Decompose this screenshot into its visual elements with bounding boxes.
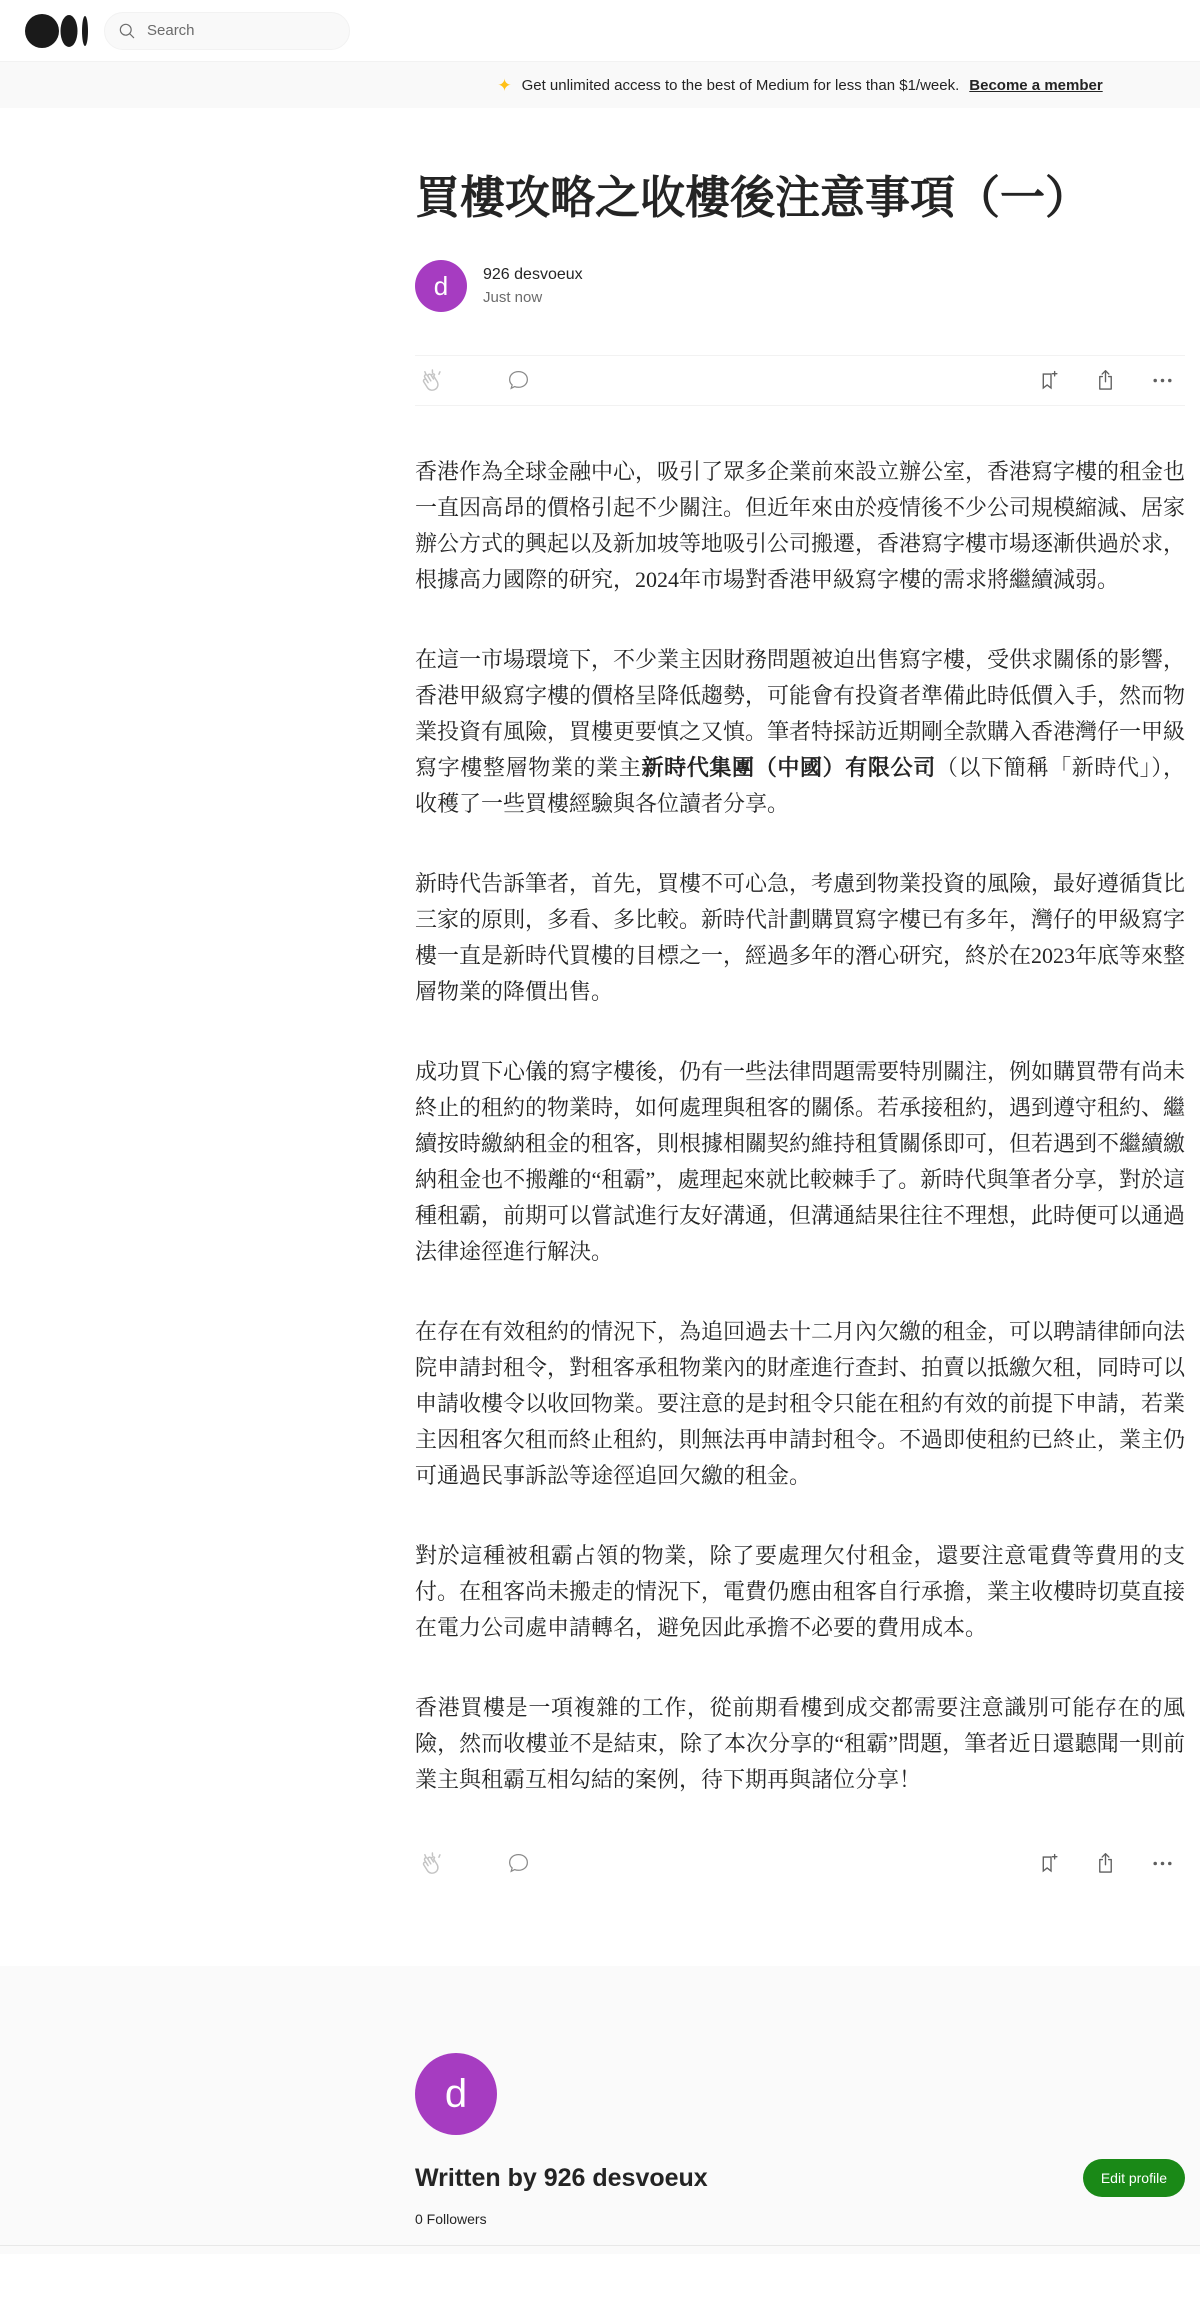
article-paragraph: 新時代告訴筆者，首先，買樓不可心急，考慮到物業投資的風險，最好遵循貨比三家的原則… (415, 866, 1185, 1010)
followers-count[interactable]: 0 Followers (415, 2211, 1185, 2227)
article-paragraph: 在存在有效租約的情況下，為追回過去十二月內欠繳的租金，可以聘請律師向法院申請封租… (415, 1314, 1185, 1494)
article-title: 買樓攻略之收樓後注意事項（一） (415, 170, 1185, 226)
search-icon (117, 21, 137, 41)
medium-logo-icon (24, 13, 90, 49)
author-footer: d Written by 926 desvoeux Edit profile 0… (0, 1966, 1200, 2254)
post-timestamp: Just now (483, 289, 583, 306)
ellipsis-icon (1150, 1851, 1175, 1876)
article-toolbar-top (415, 355, 1185, 406)
author-block: d 926 desvoeux Just now (415, 260, 1185, 312)
membership-banner: ✦ Get unlimited access to the best of Me… (0, 62, 1200, 108)
become-member-link[interactable]: Become a member (969, 77, 1102, 94)
bookmark-button[interactable] (1036, 368, 1061, 393)
banner-message: Get unlimited access to the best of Medi… (522, 77, 960, 94)
author-name[interactable]: 926 desvoeux (483, 266, 583, 284)
medium-logo[interactable] (24, 13, 90, 49)
author-avatar[interactable]: d (415, 260, 467, 312)
share-button[interactable] (1093, 368, 1118, 393)
top-nav (0, 0, 1200, 62)
search-input[interactable] (145, 21, 315, 40)
more-options-button[interactable] (1150, 368, 1175, 393)
sparkle-icon: ✦ (497, 77, 511, 94)
search-bar[interactable] (104, 12, 350, 50)
article-body: 香港作為全球金融中心，吸引了眾多企業前來設立辦公室，香港寫字樓的租金也一直因高昂… (415, 454, 1185, 1798)
article-toolbar-bottom (415, 1838, 1185, 1889)
share-icon (1093, 1851, 1118, 1876)
comment-button[interactable] (506, 368, 531, 393)
written-by[interactable]: Written by 926 desvoeux (415, 2164, 708, 2193)
clap-icon (419, 1850, 446, 1877)
comment-button[interactable] (506, 1851, 531, 1876)
article-paragraph: 在這一市場環境下，不少業主因財務問題被迫出售寫字樓，受供求關係的影響，香港甲級寫… (415, 642, 1185, 822)
article-paragraph: 香港買樓是一項複雜的工作，從前期看樓到成交都需要注意識別可能存在的風險，然而收樓… (415, 1690, 1185, 1798)
share-button[interactable] (1093, 1851, 1118, 1876)
article: 買樓攻略之收樓後注意事項（一） d 926 desvoeux Just now (415, 170, 1185, 1889)
article-paragraph: 香港作為全球金融中心，吸引了眾多企業前來設立辦公室，香港寫字樓的租金也一直因高昂… (415, 454, 1185, 598)
ellipsis-icon (1150, 368, 1175, 393)
footer-avatar[interactable]: d (415, 2053, 497, 2135)
comment-icon (506, 368, 531, 393)
article-paragraph: 對於這種被租霸占領的物業，除了要處理欠付租金，還要注意電費等費用的支付。在租客尚… (415, 1538, 1185, 1646)
share-icon (1093, 368, 1118, 393)
clap-button[interactable] (419, 1850, 446, 1877)
more-options-button[interactable] (1150, 1851, 1175, 1876)
clap-button[interactable] (419, 367, 446, 394)
clap-icon (419, 367, 446, 394)
bookmark-plus-icon (1036, 368, 1061, 393)
bookmark-button[interactable] (1036, 1851, 1061, 1876)
bookmark-plus-icon (1036, 1851, 1061, 1876)
comment-icon (506, 1851, 531, 1876)
edit-profile-button[interactable]: Edit profile (1083, 2159, 1185, 2197)
article-paragraph: 成功買下心儀的寫字樓後，仍有一些法律問題需要特別關注，例如購買帶有尚未終止的租約… (415, 1054, 1185, 1270)
